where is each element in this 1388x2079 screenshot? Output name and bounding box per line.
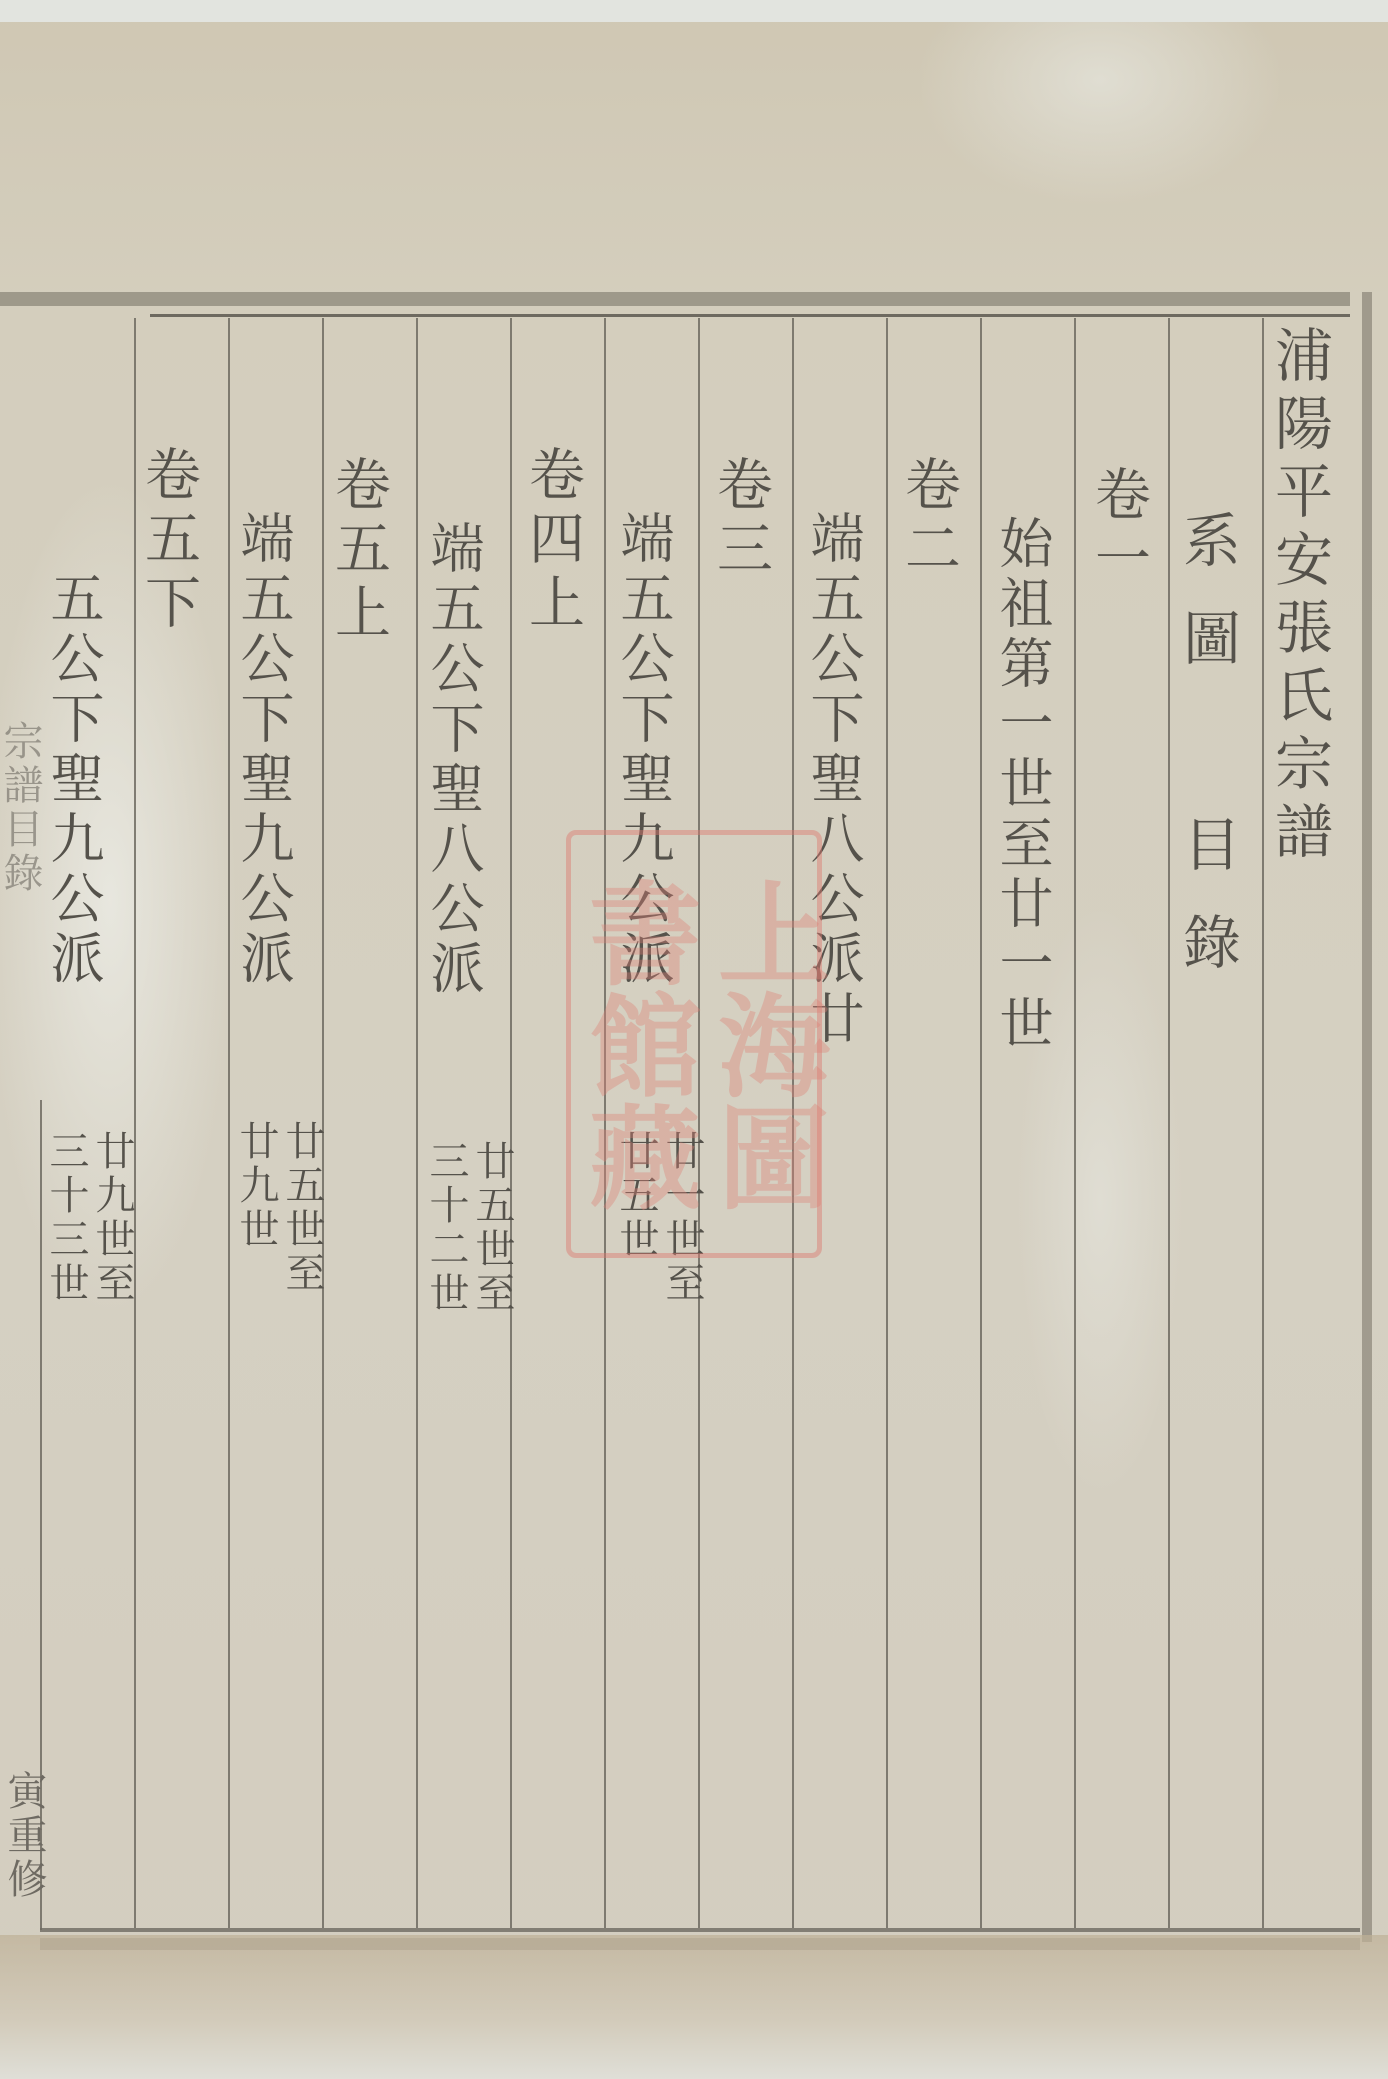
volume-label: 卷五上 (330, 455, 386, 647)
column-rule (228, 318, 230, 1928)
volume-content: 五公下聖九公派 (46, 570, 100, 990)
volume-content: 端五公下聖九公派 (236, 510, 290, 990)
column-rule (1074, 318, 1076, 1928)
column-rule (1262, 318, 1264, 1928)
volume-content: 始祖第一世至廿一世 (995, 515, 1049, 1055)
volume-label: 卷四上 (524, 445, 580, 637)
note-line: 廿九世至 (92, 1130, 132, 1306)
column-rule (416, 318, 418, 1928)
book-title: 浦陽平安張氏宗譜 (1270, 325, 1328, 869)
note-line: 廿五世至 (472, 1140, 512, 1316)
frame-top-rule (150, 314, 1350, 317)
column-rule (1168, 318, 1170, 1928)
column-rule (886, 318, 888, 1928)
seal-text: 書館藏 (571, 876, 700, 1212)
frame-right-border (1362, 292, 1372, 1942)
note-line: 廿九世 (236, 1120, 276, 1296)
frame-bottom-rule (40, 1928, 1360, 1932)
margin-partial-text: 宗譜目錄 (0, 720, 49, 896)
volume-content: 端五公下聖八公派 (426, 520, 480, 1000)
volume-label: 卷二 (900, 455, 956, 583)
volume-label: 卷五下 (140, 445, 196, 637)
seal-text: 上海圖 (700, 876, 829, 1212)
column-rule (510, 318, 512, 1928)
volume-label: 卷三 (712, 455, 768, 583)
note-line: 三十三世 (46, 1130, 86, 1306)
note-line: 廿五世至 (282, 1120, 322, 1296)
frame-top-border (0, 292, 1350, 306)
library-seal-stamp: 上海圖 書館藏 (566, 830, 822, 1258)
generation-note: 廿五世至 廿九世 (236, 1120, 322, 1296)
top-edge (0, 0, 1388, 22)
column-rule (980, 318, 982, 1928)
water-stain (0, 1935, 1388, 2079)
generation-note: 廿五世至 三十二世 (426, 1140, 512, 1316)
note-line: 三十二世 (426, 1140, 466, 1316)
volume-label: 卷一 (1090, 465, 1146, 593)
section-subtitle: 系圖 目錄 (1178, 510, 1236, 1010)
margin-revision-text: 寅重修 (0, 1770, 53, 1902)
generation-note: 廿九世至 三十三世 (46, 1130, 132, 1306)
